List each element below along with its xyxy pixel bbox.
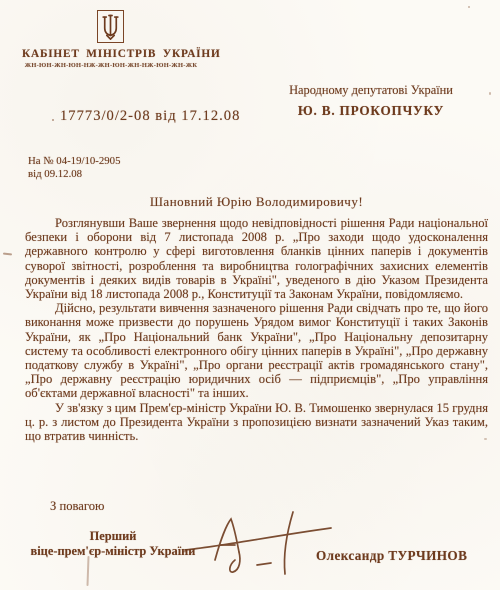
closing-phrase: З повагою bbox=[50, 499, 104, 514]
scan-speck bbox=[484, 438, 487, 440]
scan-dash-artifact bbox=[3, 253, 12, 256]
paragraph-2: Дійсно, результати вивчення зазначеного … bbox=[25, 301, 488, 400]
handwritten-signature bbox=[183, 508, 335, 580]
scanned-letter-page: КАБІНЕТ МІНІСТРІВ УКРАЇНИ ЖН-ЮН-ЖН-ЮН-НЖ… bbox=[0, 0, 500, 590]
salutation: Шановний Юрію Володимировичу! bbox=[25, 194, 488, 210]
letterhead-ornament: ЖН-ЮН-ЖН-ЮН-НЖ-ЖН-ЮН-ЖН-НЖ-ЮН-ЖН-ЖК bbox=[22, 62, 200, 69]
recipient-title: Народному депутатові України bbox=[258, 83, 484, 98]
incoming-reference-block: На № 04-19/10-2905 від 09.12.08 bbox=[28, 155, 120, 180]
signer-name: Олександр ТУРЧИНОВ bbox=[316, 548, 467, 564]
incoming-reference-number: На № 04-19/10-2905 bbox=[28, 155, 120, 168]
recipient-name: Ю. В. ПРОКОПЧУКУ bbox=[258, 103, 484, 119]
coat-of-arms-emblem bbox=[97, 10, 124, 43]
scan-stray-stroke bbox=[86, 556, 89, 586]
outgoing-reference: 17773/0/2-08 від 17.12.08 bbox=[60, 108, 240, 125]
incoming-reference-date: від 09.12.08 bbox=[28, 168, 120, 181]
paragraph-3: У зв'язку з цим Прем'єр-міністр України … bbox=[25, 401, 488, 444]
tryzub-icon bbox=[100, 13, 121, 40]
recipient-block: Народному депутатові України Ю. В. ПРОКО… bbox=[258, 83, 484, 119]
scan-speck bbox=[489, 92, 491, 95]
paragraph-1: Розглянувши Ваше звернення щодо невідпов… bbox=[25, 216, 488, 301]
org-name: КАБІНЕТ МІНІСТРІВ УКРАЇНИ bbox=[22, 48, 200, 60]
scan-speck bbox=[468, 6, 470, 8]
scan-speck bbox=[52, 119, 54, 121]
letter-body: Розглянувши Ваше звернення щодо невідпов… bbox=[25, 216, 488, 443]
